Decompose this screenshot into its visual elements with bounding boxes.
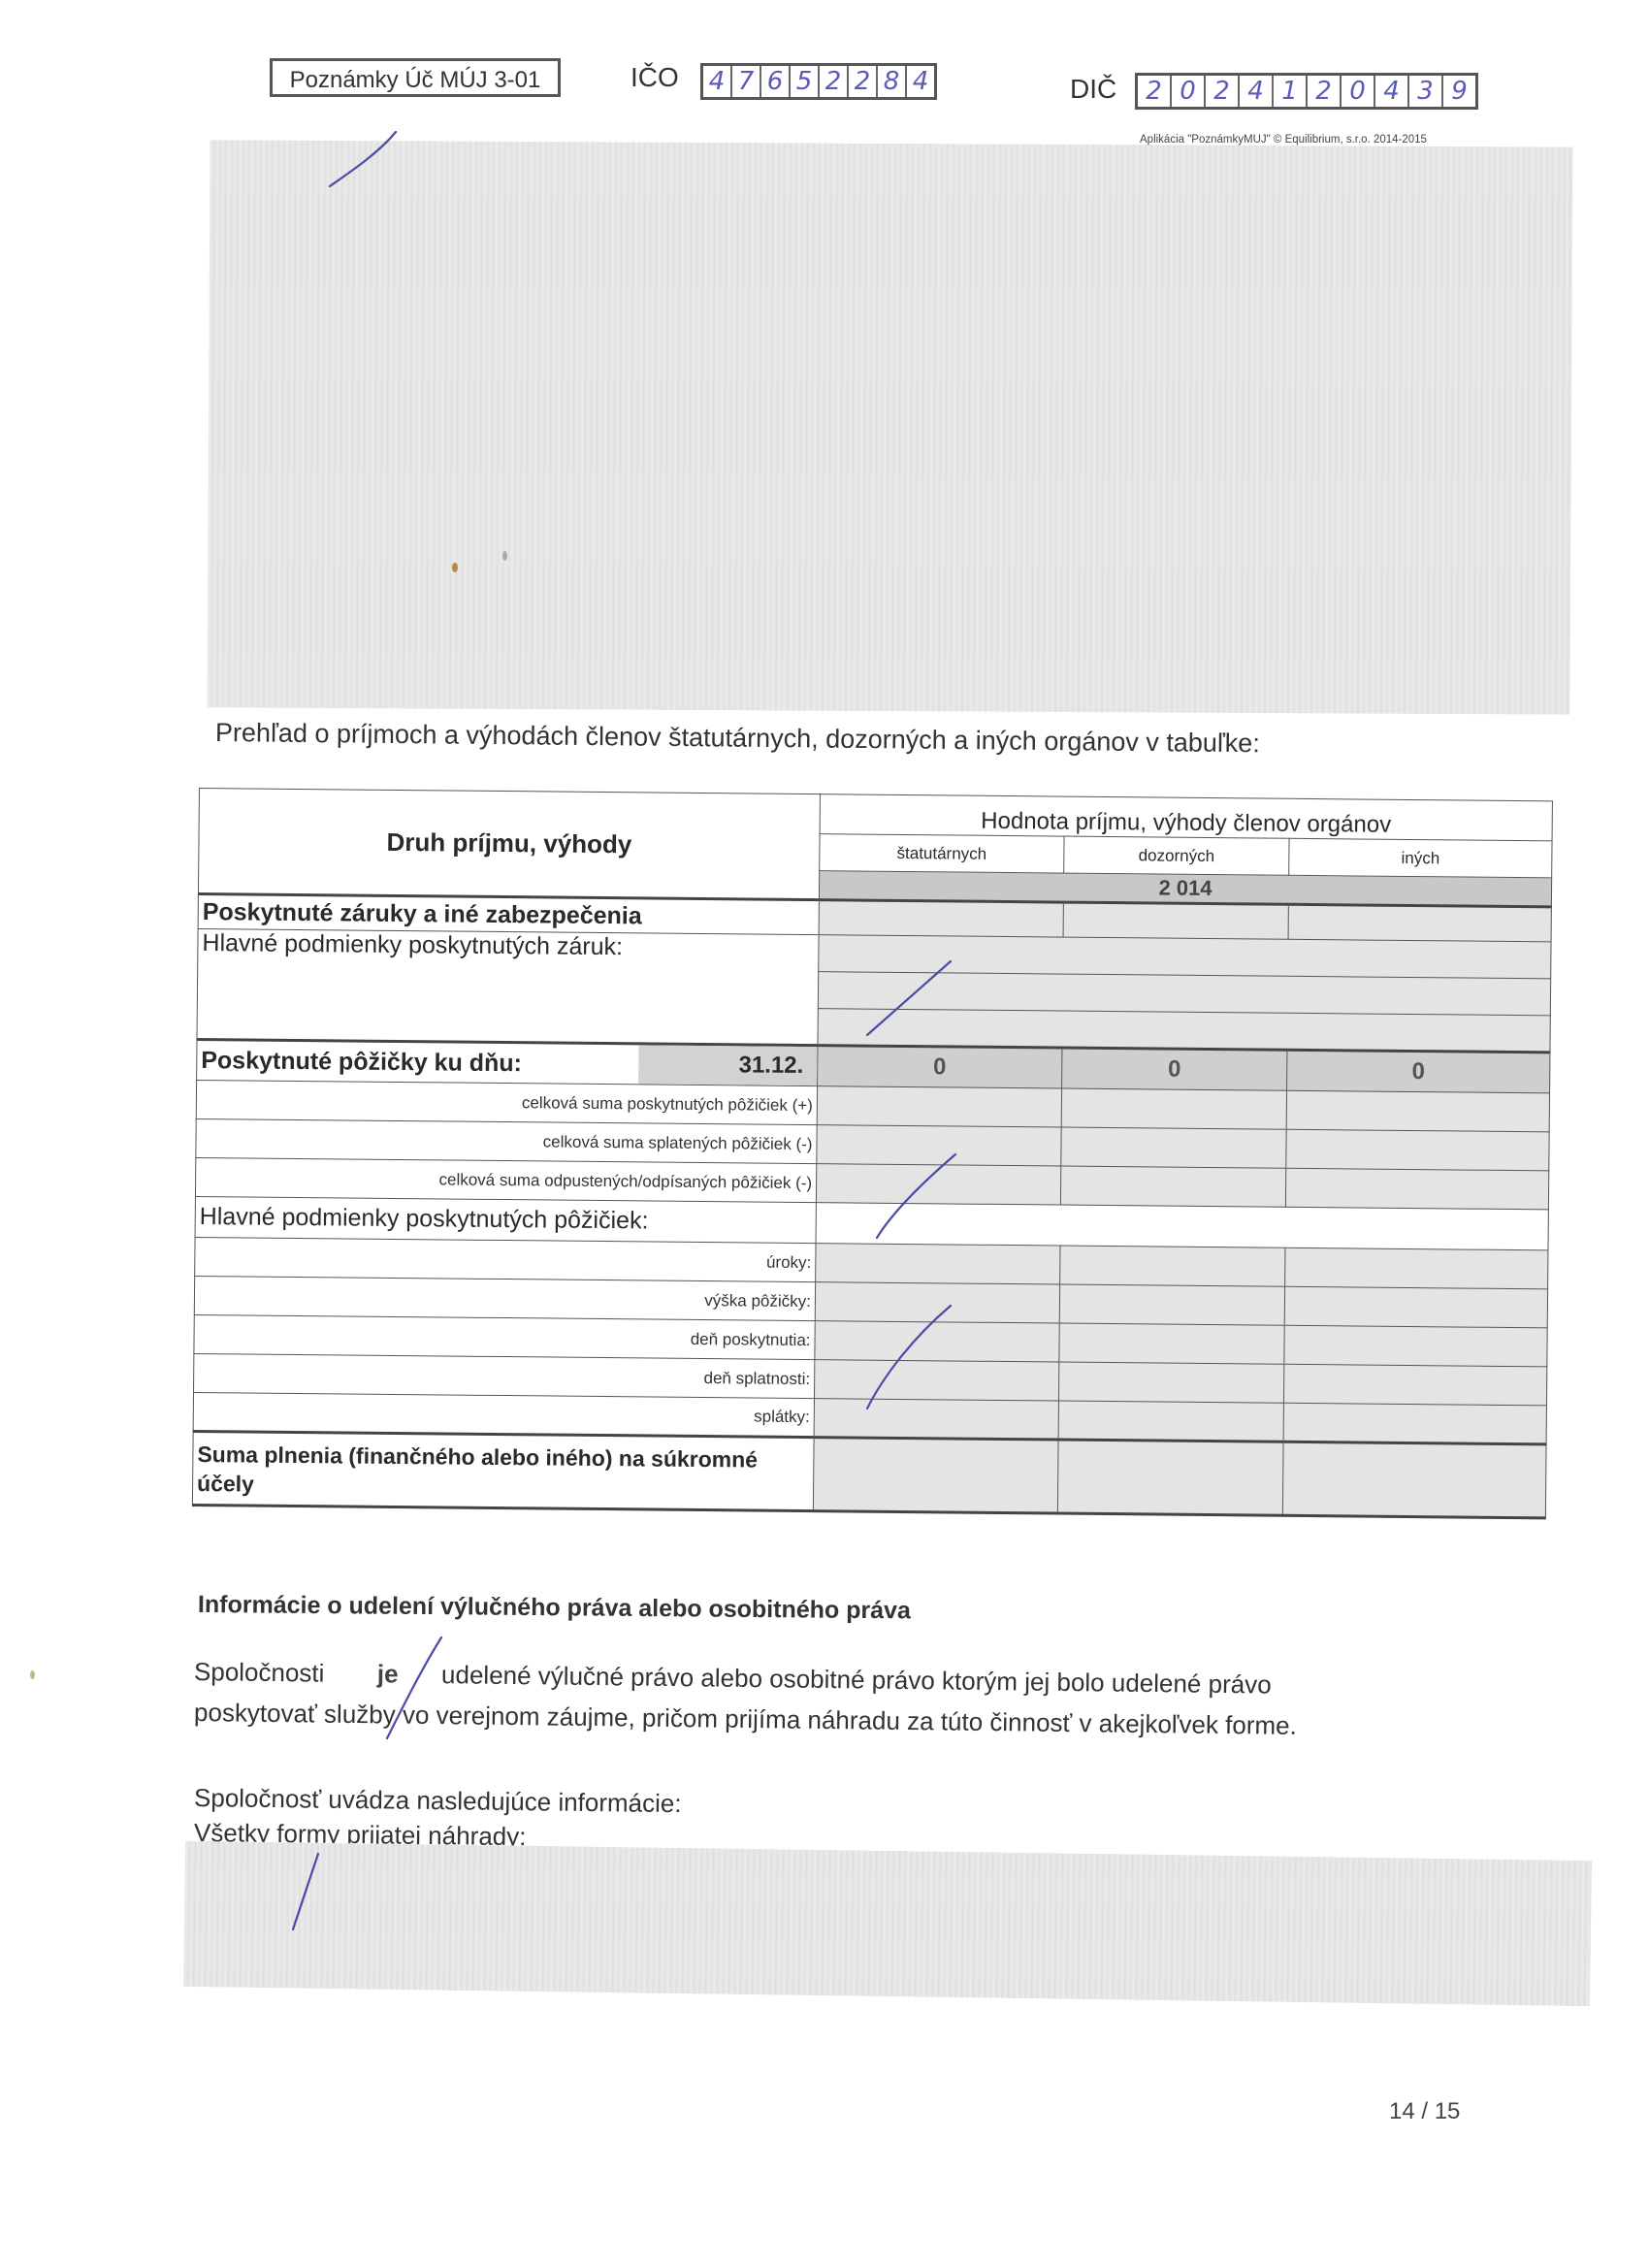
app-copyright: Aplikácia "PoznámkyMUJ" © Equilibrium, s… <box>1140 134 1427 146</box>
dic-digit[interactable]: 2 <box>1308 76 1342 107</box>
condition-cell[interactable] <box>1059 1323 1284 1364</box>
dic-digit[interactable]: 0 <box>1172 76 1206 107</box>
ico-digit[interactable]: 2 <box>849 66 878 97</box>
loans-title-cell: Poskytnuté pôžičky ku dňu: 31.12. <box>197 1039 818 1085</box>
loans-supervisory-value: 0 <box>1062 1048 1287 1090</box>
loans-provided-label: celková suma poskytnutých pôžičiek (+) <box>196 1080 817 1124</box>
condition-installments-label: splátky: <box>193 1392 814 1437</box>
ico-digit[interactable]: 4 <box>703 66 732 97</box>
private-purpose-label: Suma plnenia (finančného alebo iného) na… <box>192 1431 814 1510</box>
condition-interest-label: úroky: <box>195 1237 816 1281</box>
dic-digit[interactable]: 3 <box>1409 76 1443 107</box>
form-code-box: Poznámky Úč MÚJ 3-01 <box>270 58 561 97</box>
loans-date: 31.12. <box>638 1045 817 1085</box>
loan-cell[interactable] <box>1285 1168 1548 1210</box>
table-intro-text: Prehľad o príjmoch a výhodách členov šta… <box>215 718 1260 759</box>
condition-due-date-label: deň splatnosti: <box>194 1353 815 1398</box>
exclusive-rights-paragraph-line1: Spoločnosti je udelené výlučné právo ale… <box>194 1657 1272 1701</box>
condition-cell[interactable] <box>1060 1246 1285 1286</box>
pen-check-mark <box>863 1145 970 1242</box>
page-number: 14 / 15 <box>1389 2098 1460 2125</box>
ico-digit[interactable]: 6 <box>761 66 791 97</box>
loan-cell[interactable] <box>1286 1129 1549 1171</box>
dic-digit[interactable]: 4 <box>1375 76 1409 107</box>
loans-conditions-label: Hlavné podmienky poskytnutých pôžičiek: <box>195 1196 816 1243</box>
subheader-supervisory: dozorných <box>1064 836 1289 875</box>
exclusive-rights-title: Informácie o udelení výlučného práva ale… <box>198 1591 911 1625</box>
condition-cell[interactable] <box>1285 1247 1548 1289</box>
company-word: Spoločnosti <box>194 1657 325 1688</box>
dic-digit[interactable]: 2 <box>1206 76 1240 107</box>
condition-cell[interactable] <box>1058 1401 1283 1442</box>
stain-spot <box>502 551 507 561</box>
condition-cell[interactable] <box>816 1244 1060 1284</box>
loan-cell[interactable] <box>1061 1088 1286 1129</box>
ico-digit[interactable]: 4 <box>907 66 934 97</box>
loans-repaid-label: celková suma splatených pôžičiek (-) <box>196 1118 817 1163</box>
private-purpose-cell[interactable] <box>1057 1440 1283 1515</box>
guarantees-supervisory-cell[interactable] <box>1063 902 1288 939</box>
stain-spot <box>452 563 458 572</box>
ico-digit[interactable]: 7 <box>732 66 761 97</box>
loan-cell[interactable] <box>1286 1090 1549 1132</box>
condition-cell[interactable] <box>1059 1284 1284 1325</box>
dic-digit[interactable]: 4 <box>1240 76 1274 107</box>
private-purpose-cell[interactable] <box>813 1438 1058 1513</box>
guarantees-statutory-cell[interactable] <box>819 900 1063 937</box>
pen-check-mark <box>854 956 960 1043</box>
dic-digit[interactable]: 9 <box>1443 76 1475 107</box>
condition-cell[interactable] <box>1284 1286 1547 1328</box>
subheader-statutory: štatutárnych <box>820 834 1064 873</box>
ico-digit[interactable]: 8 <box>878 66 907 97</box>
ico-digit[interactable]: 5 <box>791 66 820 97</box>
loans-forgiven-label: celková suma odpustených/odpísaných pôži… <box>195 1157 816 1202</box>
company-info-line: Spoločnosť uvádza nasledujúce informácie… <box>194 1783 682 1819</box>
ico-field[interactable]: 47652284 <box>700 63 937 100</box>
guarantees-title: Poskytnuté záruky a iné zabezpečenia <box>198 893 819 934</box>
exclusive-rights-paragraph-line2: poskytovať služby vo verejnom záujme, pr… <box>194 1698 1297 1741</box>
condition-amount-label: výška pôžičky: <box>194 1276 815 1320</box>
pen-check-mark <box>854 1300 960 1416</box>
condition-cell[interactable] <box>1058 1362 1283 1403</box>
guarantees-conditions-label: Hlavné podmienky poskytnutých záruk: <box>197 928 819 1045</box>
pen-check-mark <box>373 1630 451 1746</box>
header-income-type: Druh príjmu, výhody <box>198 789 820 900</box>
guarantees-other-cell[interactable] <box>1288 904 1551 942</box>
condition-cell[interactable] <box>1284 1325 1547 1367</box>
subheader-other: iných <box>1289 838 1552 878</box>
condition-cell[interactable] <box>1283 1364 1546 1406</box>
redacted-area-top <box>207 140 1572 714</box>
dic-digit[interactable]: 1 <box>1274 76 1308 107</box>
loan-cell[interactable] <box>1061 1127 1286 1168</box>
dic-label: DIČ <box>1070 74 1116 105</box>
loans-title: Poskytnuté pôžičky ku dňu: <box>197 1041 638 1084</box>
dic-field[interactable]: 2024120439 <box>1135 73 1478 110</box>
redacted-area-bottom <box>183 1841 1592 2006</box>
loan-cell[interactable] <box>817 1086 1061 1127</box>
dic-digit[interactable]: 2 <box>1138 76 1172 107</box>
loans-other-value: 0 <box>1287 1050 1550 1093</box>
dic-digit[interactable]: 0 <box>1342 76 1375 107</box>
loan-cell[interactable] <box>1060 1166 1285 1207</box>
condition-provision-date-label: deň poskytnutia: <box>194 1314 815 1359</box>
condition-cell[interactable] <box>1283 1403 1546 1444</box>
stain-spot <box>30 1670 35 1679</box>
ico-label: IČO <box>630 62 679 93</box>
private-purpose-cell[interactable] <box>1282 1442 1546 1518</box>
rights-text: udelené výlučné právo alebo osobitné prá… <box>441 1660 1272 1699</box>
ico-digit[interactable]: 2 <box>820 66 849 97</box>
pen-check-mark <box>320 124 407 192</box>
pen-check-mark <box>281 1848 330 1935</box>
loans-statutory-value: 0 <box>818 1046 1062 1088</box>
header-income-value: Hodnota príjmu, výhody členov orgánov <box>820 794 1552 841</box>
